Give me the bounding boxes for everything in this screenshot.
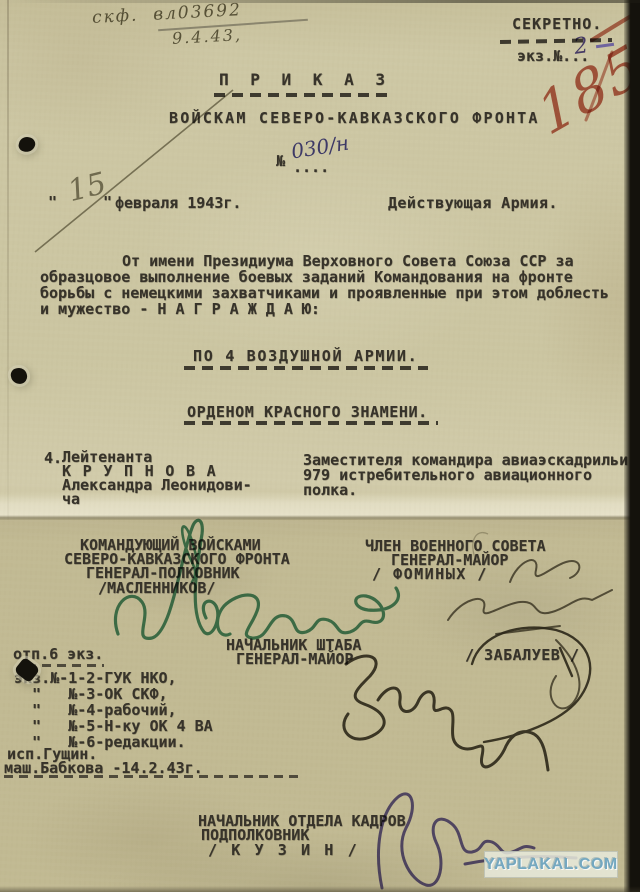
award-heading-underline: [184, 421, 438, 425]
preamble-line: борьбы с немецкими захватчиками и проявл…: [40, 285, 609, 301]
chief-of-staff-rank: ГЕНЕРАЛ-МАЙОР: [236, 651, 353, 667]
entry-position-line: полка.: [303, 483, 628, 498]
distribution-item: " №-3-ОК СКФ,: [14, 686, 213, 702]
scan-edge-right: [624, 0, 640, 892]
entry-name-hyphen-tail: ча: [62, 492, 252, 506]
entry-number: 4.: [44, 450, 62, 466]
preamble-line: От имени Президиума Верховного Совета Со…: [40, 253, 609, 269]
site-watermark: YAPLAKAL.COM: [484, 851, 618, 878]
preamble: От имени Президиума Верховного Совета Со…: [40, 253, 609, 317]
order-number-sign: №: [276, 153, 285, 169]
date-quote-open: ": [48, 194, 57, 210]
army-section-heading: ПО 4 ВОЗДУШНОЙ АРМИИ.: [193, 348, 418, 364]
distribution-item: " №-4-рабочий,: [14, 702, 213, 718]
site-watermark-text: YAPLAKAL.COM: [484, 856, 617, 874]
scan-seam-line: [0, 515, 640, 520]
scan-edge-top: [0, 0, 640, 3]
archive-code-note: скф. вл03692: [92, 0, 243, 28]
secrecy-underline: [500, 38, 612, 44]
date-month-year: февраля 1943г.: [115, 195, 241, 211]
chief-of-staff-name: / ЗАБАЛУЕВ /: [465, 647, 579, 663]
punch-hole: [10, 367, 29, 386]
typist-line: маш.Бабкова -14.2.43г.: [4, 760, 203, 776]
scanned-document-page: скф. вл03692 9.4.43, СЕКРЕТНО. экз.№... …: [0, 0, 640, 892]
entry-position: Заместителя командира авиаэскадрильи 979…: [303, 453, 628, 498]
commander-name: /МАСЛЕННИКОВ/: [98, 580, 215, 596]
order-number-dots: ....: [293, 159, 329, 175]
army-heading-underline: [184, 366, 428, 370]
scan-edge-bottom: [0, 886, 640, 892]
archive-date-note: 9.4.43,: [172, 25, 243, 48]
title-underline: [214, 93, 392, 97]
army-status: Действующая Армия.: [388, 195, 558, 211]
distribution-item: экз.№-1-2-ГУК НКО,: [14, 670, 213, 686]
secrecy-stamp: СЕКРЕТНО.: [512, 16, 602, 32]
copies-underline: [27, 664, 104, 667]
distribution-item: " №-5-Н-ку ОК 4 ВА: [14, 718, 213, 734]
distribution-list: экз.№-1-2-ГУК НКО, " №-3-ОК СКФ, " №-4-р…: [14, 670, 213, 750]
council-name: / ФОМИНЫХ /: [372, 566, 488, 582]
preamble-line: и мужество - Н А Г Р А Ж Д А Ю:: [40, 301, 609, 317]
order-title: П Р И К А З: [219, 72, 391, 88]
preamble-line: образцовое выполнение боевых заданий Ком…: [40, 269, 609, 285]
entry-given-name: Александра Леонидови-: [62, 478, 252, 492]
paper-crease: [7, 0, 9, 520]
entry-rank-name: Лейтенанта К Р У П Н О В А Александра Ле…: [62, 450, 252, 506]
personnel-chief-name: / К У З И Н /: [208, 842, 359, 858]
punch-hole: [17, 135, 36, 154]
order-subtitle: ВОЙСКАМ СЕВЕРО-КАВКАЗСКОГО ФРОНТА: [169, 110, 540, 126]
award-section-heading: ОРДЕНОМ КРАСНОГО ЗНАМЕНИ.: [187, 404, 428, 420]
date-quote-close: ": [103, 194, 112, 210]
